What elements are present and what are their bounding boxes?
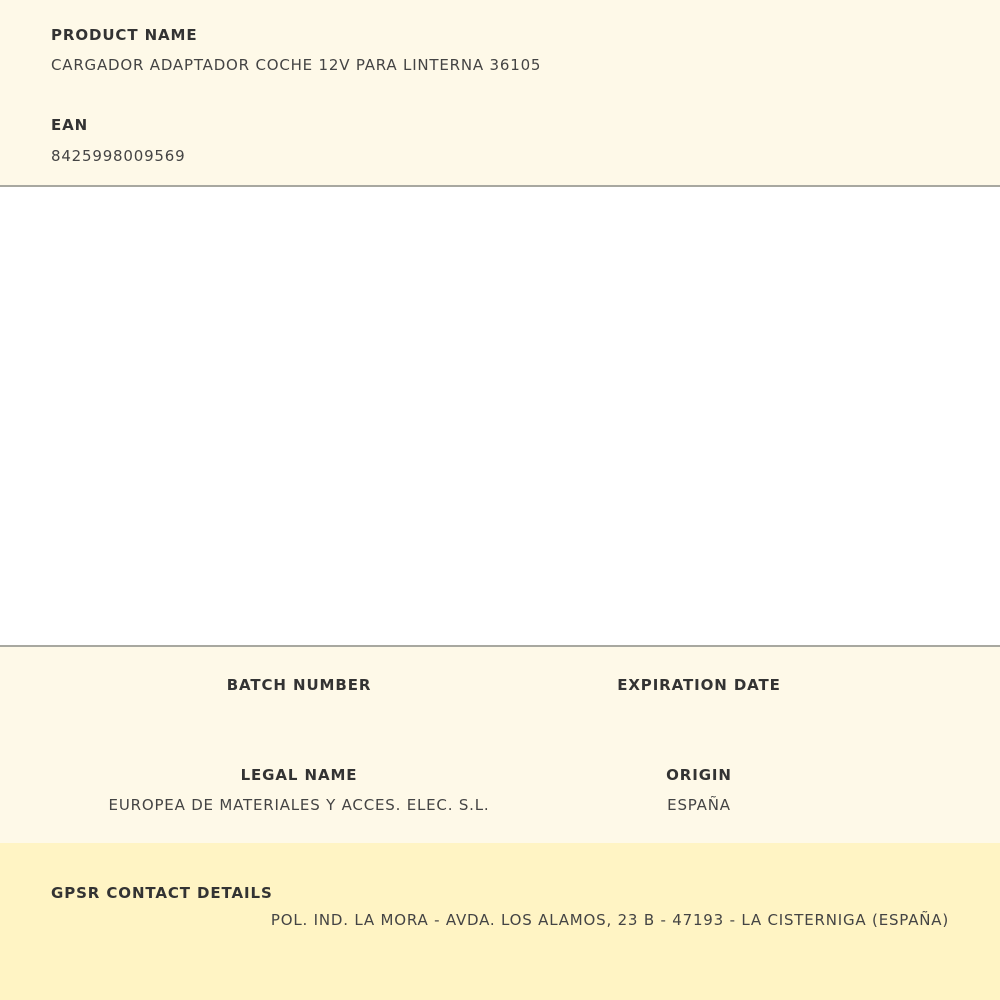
info-section: BATCH NUMBER EXPIRATION DATE LEGAL NAME … xyxy=(0,645,1000,845)
blank-area xyxy=(0,187,1000,645)
legal-name-label: LEGAL NAME xyxy=(241,766,358,784)
origin-value: ESPAÑA xyxy=(667,796,731,814)
product-name-value: CARGADOR ADAPTADOR COCHE 12V PARA LINTER… xyxy=(51,56,541,74)
ean-value: 8425998009569 xyxy=(51,147,185,165)
origin-label: ORIGIN xyxy=(666,766,732,784)
product-section: PRODUCT NAME CARGADOR ADAPTADOR COCHE 12… xyxy=(0,0,1000,187)
expiration-date-label: EXPIRATION DATE xyxy=(617,676,781,694)
gpsr-contact-label: GPSR CONTACT DETAILS xyxy=(51,884,273,902)
legal-name-value: EUROPEA DE MATERIALES Y ACCES. ELEC. S.L… xyxy=(109,796,490,814)
gpsr-section: GPSR CONTACT DETAILS POL. IND. LA MORA -… xyxy=(0,843,1000,1000)
gpsr-address: POL. IND. LA MORA - AVDA. LOS ALAMOS, 23… xyxy=(271,911,949,929)
product-name-label: PRODUCT NAME xyxy=(51,26,198,44)
ean-label: EAN xyxy=(51,116,88,134)
batch-number-label: BATCH NUMBER xyxy=(227,676,372,694)
